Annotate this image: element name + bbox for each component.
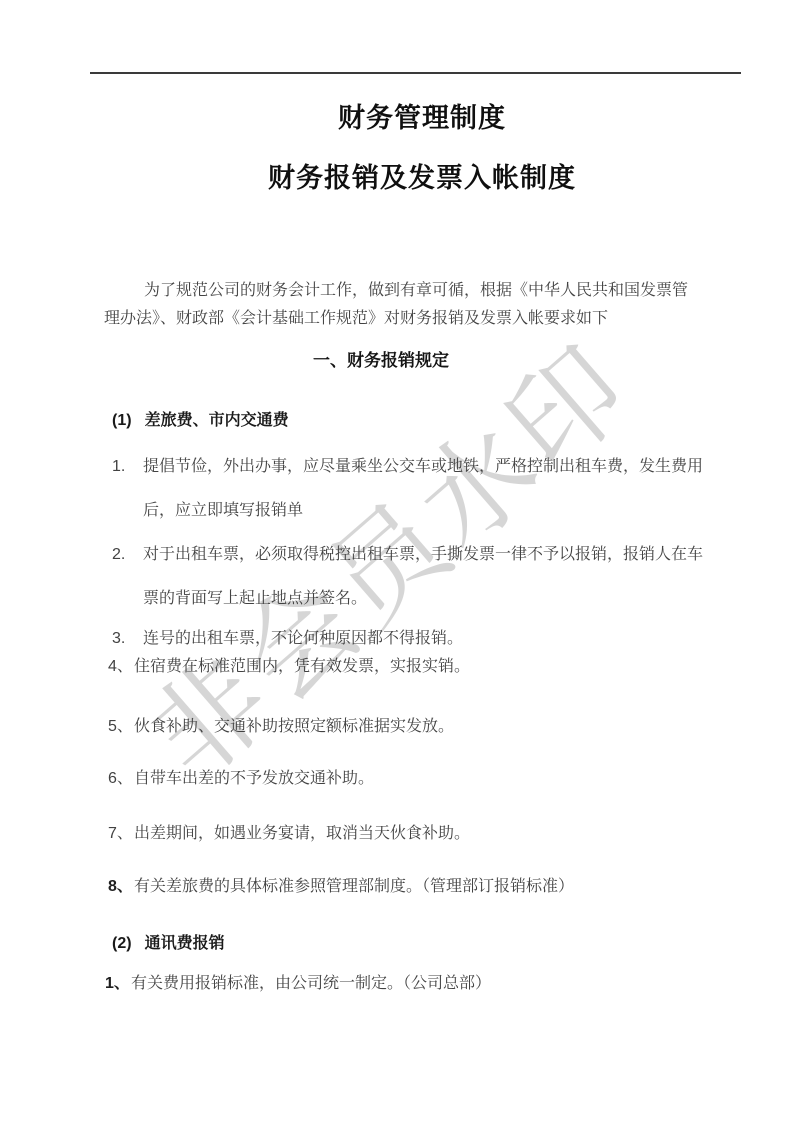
item-marker: 7、 [108,818,134,850]
list-item: 6、 自带车出差的不予发放交通补助。 [108,763,740,795]
item-text: 对于出租车票，必须取得税控出租车票，手撕发票一律不予以报销，报销人在车票的背面写… [143,533,708,621]
list-item: 1. 提倡节俭，外出办事，应尽量乘坐公交车或地铁，严格控制出租车费，发生费用后，… [112,445,708,533]
item-text: 有关费用报销标准，由公司统一制定。（公司总部） [131,968,491,1000]
doc-title-line1: 财务管理制度 [104,101,740,135]
section-heading: 一、财务报销规定 [104,349,658,373]
subsection-title: 差旅费、市内交通费 [145,412,289,429]
document-content: 财务管理制度 财务报销及发票入帐制度 为了规范公司的财务会计工作，做到有章可循，… [0,101,800,1000]
item-marker: 1、 [105,968,131,1000]
subsection-title: 通讯费报销 [145,935,225,952]
subsection-number: (1) [112,412,132,429]
list-item: 2. 对于出租车票，必须取得税控出租车票，手撕发票一律不予以报销，报销人在车票的… [112,533,708,621]
item-text: 伙食补助、交通补助按照定额标准据实发放。 [134,711,454,743]
item-text: 提倡节俭，外出办事，应尽量乘坐公交车或地铁，严格控制出租车费，发生费用后，应立即… [143,445,708,533]
list-item: 1、 有关费用报销标准，由公司统一制定。（公司总部） [105,968,740,1000]
item-marker: 2. [112,533,143,577]
list-item: 4、 住宿费在标准范围内，凭有效发票，实报实销。 [108,651,740,683]
list-item: 8、 有关差旅费的具体标准参照管理部制度。（管理部订报销标准） [108,871,740,903]
subsection-1-heading: (1)差旅费、市内交通费 [112,409,740,433]
top-rule [90,72,741,74]
subsection-2-heading: (2)通讯费报销 [112,932,740,956]
item-text: 出差期间，如遇业务宴请，取消当天伙食补助。 [134,818,470,850]
doc-title-line2: 财务报销及发票入帐制度 [104,161,740,195]
item-marker: 4、 [108,651,134,683]
document-page: 非会员水印 财务管理制度 财务报销及发票入帐制度 为了规范公司的财务会计工作，做… [0,0,800,1131]
item-marker: 8、 [108,871,134,903]
list-item: 5、 伙食补助、交通补助按照定额标准据实发放。 [108,711,740,743]
subsection-number: (2) [112,935,132,952]
item-text: 自带车出差的不予发放交通补助。 [134,763,374,795]
intro-paragraph: 为了规范公司的财务会计工作，做到有章可循，根据《中华人民共和国发票管理办法》、财… [104,277,696,333]
item-text: 住宿费在标准范围内，凭有效发票，实报实销。 [134,651,470,683]
item-text: 有关差旅费的具体标准参照管理部制度。（管理部订报销标准） [134,871,574,903]
item-marker: 6、 [108,763,134,795]
list-item: 7、 出差期间，如遇业务宴请，取消当天伙食补助。 [108,818,740,850]
item-marker: 5、 [108,711,134,743]
item-marker: 1. [112,445,143,489]
